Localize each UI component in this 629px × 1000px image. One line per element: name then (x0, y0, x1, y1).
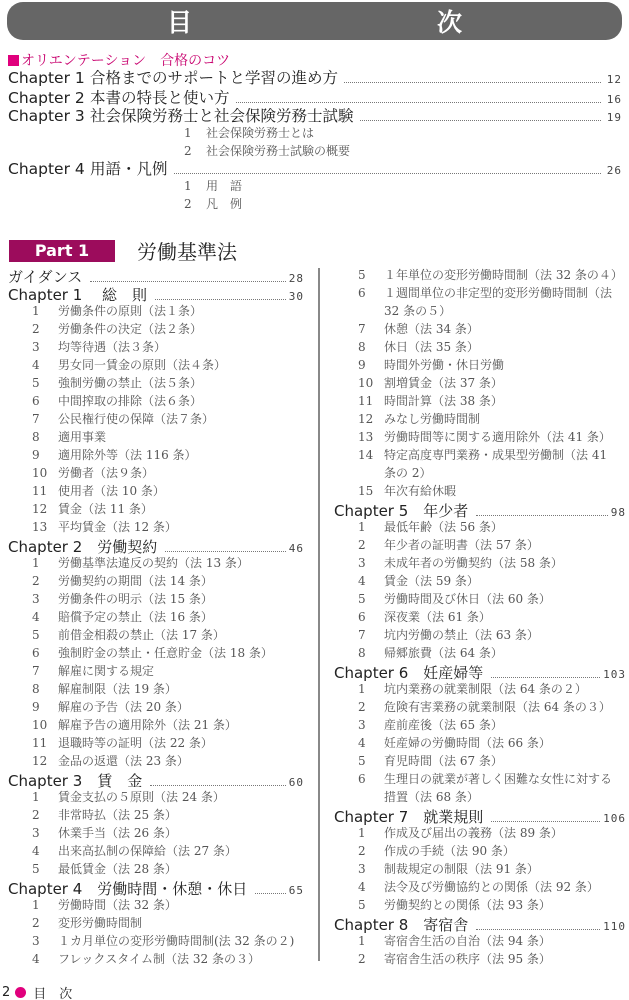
item-number: 2 (184, 197, 206, 211)
item-number: 1 (358, 682, 384, 696)
item-title: 賃金（法 59 条） (384, 572, 479, 589)
item-title: フレックスタイム制（法 32 条の３） (58, 950, 260, 967)
page-number: 12 (607, 73, 622, 86)
toc-subitem[interactable]: 1労働時間（法 32 条） (8, 896, 304, 914)
toc-subitem[interactable]: 9解雇の予告（法 20 条） (8, 698, 304, 716)
toc-subitem[interactable]: 7休憩（法 34 条） (334, 320, 626, 338)
item-number: 2 (32, 322, 58, 336)
item-number: 2 (184, 144, 206, 158)
item-title: 妊産婦の労働時間（法 66 条） (384, 734, 551, 751)
toc-chapter-entry[interactable]: Chapter 2 労働契約46 (8, 536, 304, 554)
item-number: 13 (358, 430, 384, 444)
item-title: 均等待遇（法３条） (58, 338, 166, 355)
item-title: 休業手当（法 26 条） (58, 824, 177, 841)
item-title: 出来高払制の保障給（法 27 条） (58, 842, 237, 859)
toc-subitem[interactable]: 4フレックスタイム制（法 32 条の３） (8, 950, 304, 968)
item-title: 公民権行使の保障（法７条） (58, 410, 214, 427)
item-title: 深夜業（法 61 条） (384, 608, 491, 625)
item-title: 金品の返還（法 23 条） (58, 752, 189, 769)
page-number: 106 (603, 812, 626, 825)
dot-leader (236, 101, 601, 103)
item-number: 8 (32, 682, 58, 696)
page-number: 28 (289, 272, 304, 285)
toc-subitem[interactable]: 2凡 例 (184, 195, 242, 212)
toc-subitem[interactable]: 5労働契約との関係（法 93 条） (334, 896, 626, 914)
item-number: 7 (32, 664, 58, 678)
toc-subitem[interactable]: 9適用除外等（法 116 条） (8, 446, 304, 464)
toc-subitem[interactable]: 4賠償予定の禁止（法 16 条） (8, 608, 304, 626)
item-number: 13 (32, 520, 58, 534)
footer-label: 目 次 (33, 983, 72, 1000)
item-number: 2 (358, 844, 384, 858)
dot-leader (360, 119, 601, 121)
toc-subitem[interactable]: 4賃金（法 59 条） (334, 572, 626, 590)
item-title: 平均賃金（法 12 条） (58, 518, 177, 535)
item-number: 2 (358, 700, 384, 714)
toc-subitem[interactable]: 5強制労働の禁止（法５条） (8, 374, 304, 392)
item-number: 6 (358, 286, 384, 300)
item-number: 9 (358, 358, 384, 372)
item-title: １週間単位の非定型的変形労働時間制（法 (384, 284, 612, 301)
item-number: 4 (358, 736, 384, 750)
toc-chapter-entry[interactable]: Chapter 7 就業規則106 (334, 806, 626, 824)
page-number: 46 (289, 542, 304, 555)
toc-subitem[interactable]: 2労働契約の期間（法 14 条） (8, 572, 304, 590)
item-number: 7 (358, 628, 384, 642)
item-number: 4 (32, 952, 58, 966)
item-number: 2 (358, 538, 384, 552)
item-title: 労働条件の原則（法１条） (58, 302, 202, 319)
item-number: 3 (32, 826, 58, 840)
toc-subitem[interactable]: 15年次有給休暇 (334, 482, 626, 500)
page-number: 30 (289, 290, 304, 303)
item-title: 労働時間等に関する適用除外（法 41 条） (384, 428, 611, 445)
toc-column-right: 5１年単位の変形労働時間制（法 32 条の４）6１週間単位の非定型的変形労働時間… (334, 266, 626, 968)
item-number: 1 (32, 304, 58, 318)
toc-subitem[interactable]: 6中間搾取の排除（法６条） (8, 392, 304, 410)
toc-subitem[interactable]: 7坑内労働の禁止（法 63 条） (334, 626, 626, 644)
toc-subitem[interactable]: 13労働時間等に関する適用除外（法 41 条） (334, 428, 626, 446)
page-title: 目 次 (57, 3, 572, 39)
item-title: 用 語 (206, 179, 242, 193)
toc-subitem[interactable]: 6深夜業（法 61 条） (334, 608, 626, 626)
item-title: 適用事業 (58, 428, 106, 445)
item-title: 労働者（法９条） (58, 464, 154, 481)
toc-subitem[interactable]: 12賃金（法 11 条） (8, 500, 304, 518)
item-number: 2 (358, 952, 384, 966)
dot-leader (150, 784, 285, 786)
toc-subitem[interactable]: 10解雇予告の適用除外（法 21 条） (8, 716, 304, 734)
item-number: 3 (32, 592, 58, 606)
page-number: 65 (289, 884, 304, 897)
item-number: 15 (358, 484, 384, 498)
item-number: 12 (32, 754, 58, 768)
toc-subitem[interactable]: 10割増賃金（法 37 条） (334, 374, 626, 392)
item-title: 変形労働時間制 (58, 914, 142, 931)
item-number: 5 (358, 592, 384, 606)
item-title: 制裁規定の制限（法 91 条） (384, 860, 539, 877)
item-number: 1 (358, 934, 384, 948)
item-title: 作成及び届出の義務（法 89 条） (384, 824, 563, 841)
item-number: 3 (32, 340, 58, 354)
item-number: 2 (32, 574, 58, 588)
item-number: 9 (32, 448, 58, 462)
toc-subitem[interactable]: 6１週間単位の非定型的変形労働時間制（法 (334, 284, 626, 302)
item-title: 最低賃金（法 28 条） (58, 860, 177, 877)
footer-page-number: 2 (2, 985, 10, 1000)
item-title: 時間計算（法 38 条） (384, 392, 503, 409)
item-number: 14 (358, 448, 384, 462)
item-title: 年少者の証明書（法 57 条） (384, 536, 539, 553)
item-title: 寄宿舎生活の秩序（法 95 条） (384, 950, 551, 967)
toc-subitem[interactable]: 1坑内業務の就業制限（法 64 条の２） (334, 680, 626, 698)
toc-subitem[interactable]: 12金品の返還（法 23 条） (8, 752, 304, 770)
item-title: 労働時間（法 32 条） (58, 896, 177, 913)
toc-subitem-continuation: 条の 2） (334, 464, 626, 482)
toc-subitem[interactable]: 3休業手当（法 26 条） (8, 824, 304, 842)
chapter-title: 社会保険労務士と社会保険労務士試験 (90, 104, 354, 126)
toc-subitem[interactable]: 1労働基準法違反の契約（法 13 条） (8, 554, 304, 572)
item-title: 社会保険労務士とは (206, 126, 314, 140)
item-title: 寄宿舎生活の自治（法 94 条） (384, 932, 551, 949)
toc-subitem[interactable]: 1最低年齢（法 56 条） (334, 518, 626, 536)
item-title: 労働条件の明示（法 15 条） (58, 590, 213, 607)
toc-subitem[interactable]: 2変形労働時間制 (8, 914, 304, 932)
toc-subitem[interactable]: 14特定高度専門業務・成果型労働制（法 41 (334, 446, 626, 464)
item-number: 5 (358, 754, 384, 768)
item-title: 帰郷旅費（法 64 条） (384, 644, 503, 661)
dot-leader (476, 514, 607, 516)
toc-chapter-entry[interactable]: Chapter 5 年少者98 (334, 500, 626, 518)
item-number: 1 (32, 556, 58, 570)
toc-subitem[interactable]: 2寄宿舎生活の秩序（法 95 条） (334, 950, 626, 968)
toc-subitem[interactable]: 3労働条件の明示（法 15 条） (8, 590, 304, 608)
toc-banner: 目 次 (7, 2, 622, 40)
item-number: 1 (184, 179, 206, 193)
toc-subitem[interactable]: 1労働条件の原則（法１条） (8, 302, 304, 320)
item-number: 5 (32, 628, 58, 642)
toc-subitem[interactable]: 10労働者（法９条） (8, 464, 304, 482)
item-number: 8 (358, 646, 384, 660)
item-number: 5 (32, 862, 58, 876)
item-number: 9 (32, 700, 58, 714)
item-title: 育児時間（法 67 条） (384, 752, 503, 769)
item-number: 11 (32, 736, 58, 750)
circle-bullet-icon (15, 987, 26, 998)
item-number: 3 (32, 934, 58, 948)
part-heading: Part 1 労働基準法 (9, 236, 237, 265)
item-number: 3 (358, 718, 384, 732)
item-title: １年単位の変形労働時間制（法 32 条の４） (384, 266, 623, 283)
item-title: 特定高度専門業務・成果型労働制（法 41 (384, 446, 607, 463)
item-title: 強制貯金の禁止・任意貯金（法 18 条） (58, 644, 273, 661)
item-title: 解雇に関する規定 (58, 662, 154, 679)
toc-subitem[interactable]: 1賃金支払の５原則（法 24 条） (8, 788, 304, 806)
toc-subitem[interactable]: 11時間計算（法 38 条） (334, 392, 626, 410)
toc-subitem[interactable]: 1用 語 (184, 177, 242, 194)
toc-subitem[interactable]: 8休日（法 35 条） (334, 338, 626, 356)
item-title: みなし労働時間制 (384, 410, 480, 427)
toc-subitem[interactable]: 11使用者（法 10 条） (8, 482, 304, 500)
dot-leader (491, 820, 600, 822)
item-title: 休憩（法 34 条） (384, 320, 479, 337)
toc-subitem[interactable]: 9時間外労働・休日労働 (334, 356, 626, 374)
page-number: 98 (611, 506, 626, 519)
toc-subitem[interactable]: 5労働時間及び休日（法 60 条） (334, 590, 626, 608)
item-number: 1 (358, 520, 384, 534)
chapter-title: 用語・凡例 (90, 157, 168, 179)
dot-leader (90, 280, 285, 282)
item-title: 凡 例 (206, 197, 242, 211)
chapter-label: Chapter 1 (8, 69, 90, 87)
item-title: 解雇制限（法 19 条） (58, 680, 177, 697)
item-title: １カ月単位の変形労働時間制(法 32 条の２) (58, 932, 294, 949)
toc-entry-orientation-ch2[interactable]: Chapter 2 本書の特長と使い方 16 (8, 86, 622, 106)
dot-leader (344, 81, 601, 83)
item-title: 賃金支払の５原則（法 24 条） (58, 788, 225, 805)
toc-subitem[interactable]: 12みなし労働時間制 (334, 410, 626, 428)
toc-subitem[interactable]: 8解雇制限（法 19 条） (8, 680, 304, 698)
item-number: 3 (358, 862, 384, 876)
item-title: 割増賃金（法 37 条） (384, 374, 503, 391)
item-number: 8 (32, 430, 58, 444)
item-title: 労働契約の期間（法 14 条） (58, 572, 213, 589)
page-number: 103 (603, 668, 626, 681)
item-title: 非常時払（法 25 条） (58, 806, 177, 823)
item-title-continued: 32 条の５） (384, 302, 451, 319)
toc-subitem-continuation: 措置（法 68 条） (334, 788, 626, 806)
item-number: 1 (32, 790, 58, 804)
toc-subitem[interactable]: 4出来高払制の保障給（法 27 条） (8, 842, 304, 860)
item-number: 10 (32, 466, 58, 480)
item-title: 産前産後（法 65 条） (384, 716, 503, 733)
toc-subitem[interactable]: 3産前産後（法 65 条） (334, 716, 626, 734)
item-number: 1 (32, 898, 58, 912)
toc-subitem[interactable]: 3制裁規定の制限（法 91 条） (334, 860, 626, 878)
toc-entry-orientation-ch1[interactable]: Chapter 1 合格までのサポートと学習の進め方 12 (8, 66, 622, 86)
chapter-label: Chapter 3 (8, 107, 90, 125)
toc-subitem[interactable]: 3１カ月単位の変形労働時間制(法 32 条の２) (8, 932, 304, 950)
toc-chapter-entry[interactable]: Chapter 8 寄宿舎110 (334, 914, 626, 932)
item-title: 生理日の就業が著しく困難な女性に対する (384, 770, 612, 787)
item-title: 賠償予定の禁止（法 16 条） (58, 608, 213, 625)
item-number: 2 (32, 916, 58, 930)
dot-leader (174, 172, 601, 174)
item-title: 中間搾取の排除（法６条） (58, 392, 202, 409)
item-number: 4 (32, 358, 58, 372)
toc-subitem[interactable]: 2労働条件の決定（法２条） (8, 320, 304, 338)
item-title: 解雇の予告（法 20 条） (58, 698, 189, 715)
item-number: 1 (358, 826, 384, 840)
toc-subitem[interactable]: 1社会保険労務士とは (184, 124, 314, 141)
toc-subitem[interactable]: 2作成の手続（法 90 条） (334, 842, 626, 860)
part-badge: Part 1 (9, 240, 115, 262)
item-number: 3 (358, 556, 384, 570)
item-title: 未成年者の労働契約（法 58 条） (384, 554, 563, 571)
toc-subitem[interactable]: 5前借金相殺の禁止（法 17 条） (8, 626, 304, 644)
item-title: 社会保険労務士試験の概要 (206, 144, 350, 158)
chapter-label: Chapter 4 (8, 160, 90, 178)
item-title-continued: 措置（法 68 条） (384, 788, 479, 805)
page-footer: 2 目 次 (2, 983, 72, 1000)
item-title: 法令及び労働協約との関係（法 92 条） (384, 878, 599, 895)
item-number: 2 (32, 808, 58, 822)
toc-subitem[interactable]: 8適用事業 (8, 428, 304, 446)
item-number: 7 (358, 322, 384, 336)
chapter-title: 合格までのサポートと学習の進め方 (90, 66, 338, 88)
toc-subitem[interactable]: 3未成年者の労働契約（法 58 条） (334, 554, 626, 572)
toc-subitem[interactable]: 8帰郷旅費（法 64 条） (334, 644, 626, 662)
item-number: 8 (358, 340, 384, 354)
page-number: 110 (603, 920, 626, 933)
item-title: 適用除外等（法 116 条） (58, 446, 197, 463)
toc-chapter-entry[interactable]: Chapter 3 賃 金60 (8, 770, 304, 788)
toc-chapter-entry[interactable]: Chapter 6 妊産婦等103 (334, 662, 626, 680)
item-title: 年次有給休暇 (384, 482, 456, 499)
item-number: 5 (358, 268, 384, 282)
dot-leader (491, 676, 600, 678)
item-title: 解雇予告の適用除外（法 21 条） (58, 716, 237, 733)
toc-subitem[interactable]: 13平均賃金（法 12 条） (8, 518, 304, 536)
toc-subitem[interactable]: 1作成及び届出の義務（法 89 条） (334, 824, 626, 842)
toc-subitem[interactable]: 2非常時払（法 25 条） (8, 806, 304, 824)
item-number: 12 (32, 502, 58, 516)
item-number: 11 (358, 394, 384, 408)
page-number: 26 (607, 164, 622, 177)
toc-column-left: ガイダンス28Chapter 1 総 則301労働条件の原則（法１条）2労働条件… (8, 266, 304, 968)
item-number: 6 (32, 394, 58, 408)
item-number: 10 (358, 376, 384, 390)
item-title-continued: 条の 2） (384, 464, 431, 481)
toc-subitem[interactable]: 5１年単位の変形労働時間制（法 32 条の４） (334, 266, 626, 284)
item-title: 使用者（法 10 条） (58, 482, 165, 499)
toc-subitem[interactable]: 6強制貯金の禁止・任意貯金（法 18 条） (8, 644, 304, 662)
item-number: 6 (358, 772, 384, 786)
toc-subitem[interactable]: 2危険有害業務の就業制限（法 64 条の３） (334, 698, 626, 716)
item-title: 賃金（法 11 条） (58, 500, 153, 517)
item-number: 4 (358, 574, 384, 588)
toc-subitem[interactable]: 1寄宿舎生活の自治（法 94 条） (334, 932, 626, 950)
dot-leader (155, 298, 286, 300)
item-number: 6 (358, 610, 384, 624)
dot-leader (255, 892, 285, 894)
toc-subitem-continuation: 32 条の５） (334, 302, 626, 320)
toc-subitem[interactable]: 4男女同一賃金の原則（法４条） (8, 356, 304, 374)
item-title: 男女同一賃金の原則（法４条） (58, 356, 226, 373)
item-title: 前借金相殺の禁止（法 17 条） (58, 626, 225, 643)
item-number: 5 (32, 376, 58, 390)
item-number: 6 (32, 646, 58, 660)
toc-subitem[interactable]: 6生理日の就業が著しく困難な女性に対する (334, 770, 626, 788)
item-title: 労働時間及び休日（法 60 条） (384, 590, 551, 607)
item-title: 休日（法 35 条） (384, 338, 479, 355)
toc-chapter-entry[interactable]: Chapter 1 総 則30 (8, 284, 304, 302)
toc-subitem[interactable]: 7解雇に関する規定 (8, 662, 304, 680)
item-title: 坑内業務の就業制限（法 64 条の２） (384, 680, 587, 697)
toc-subitem[interactable]: 11退職時等の証明（法 22 条） (8, 734, 304, 752)
item-title: 最低年齢（法 56 条） (384, 518, 503, 535)
page-number: 19 (607, 111, 622, 124)
item-title: 作成の手続（法 90 条） (384, 842, 515, 859)
item-number: 5 (358, 898, 384, 912)
toc-subitem[interactable]: 4法令及び労働協約との関係（法 92 条） (334, 878, 626, 896)
column-divider (318, 268, 320, 961)
dot-leader (165, 550, 285, 552)
item-title: 退職時等の証明（法 22 条） (58, 734, 213, 751)
item-number: 1 (184, 126, 206, 140)
item-number: 12 (358, 412, 384, 426)
toc-chapter-entry[interactable]: ガイダンス28 (8, 266, 304, 284)
item-title: 労働基準法違反の契約（法 13 条） (58, 554, 249, 571)
item-number: 4 (32, 610, 58, 624)
toc-subitem[interactable]: 5最低賃金（法 28 条） (8, 860, 304, 878)
item-title: 強制労働の禁止（法５条） (58, 374, 202, 391)
item-number: 11 (32, 484, 58, 498)
toc-subitem[interactable]: 3均等待遇（法３条） (8, 338, 304, 356)
toc-entry-orientation-ch4[interactable]: Chapter 4 用語・凡例 26 (8, 157, 622, 177)
toc-subitem[interactable]: 4妊産婦の労働時間（法 66 条） (334, 734, 626, 752)
page-number: 60 (289, 776, 304, 789)
item-title: 時間外労働・休日労働 (384, 356, 504, 373)
dot-leader (476, 928, 600, 930)
toc-subitem[interactable]: 2年少者の証明書（法 57 条） (334, 536, 626, 554)
item-number: 10 (32, 718, 58, 732)
item-number: 7 (32, 412, 58, 426)
toc-subitem[interactable]: 5育児時間（法 67 条） (334, 752, 626, 770)
toc-subitem[interactable]: 7公民権行使の保障（法７条） (8, 410, 304, 428)
toc-entry-orientation-ch3[interactable]: Chapter 3 社会保険労務士と社会保険労務士試験 19 (8, 104, 622, 124)
toc-chapter-entry[interactable]: Chapter 4 労働時間・休憩・休日65 (8, 878, 304, 896)
item-number: 4 (358, 880, 384, 894)
item-title: 坑内労働の禁止（法 63 条） (384, 626, 539, 643)
item-title: 危険有害業務の就業制限（法 64 条の３） (384, 698, 611, 715)
item-title: 労働契約との関係（法 93 条） (384, 896, 551, 913)
square-bullet-icon (8, 55, 19, 66)
item-number: 4 (32, 844, 58, 858)
part-title: 労働基準法 (137, 236, 237, 265)
item-title: 労働条件の決定（法２条） (58, 320, 202, 337)
